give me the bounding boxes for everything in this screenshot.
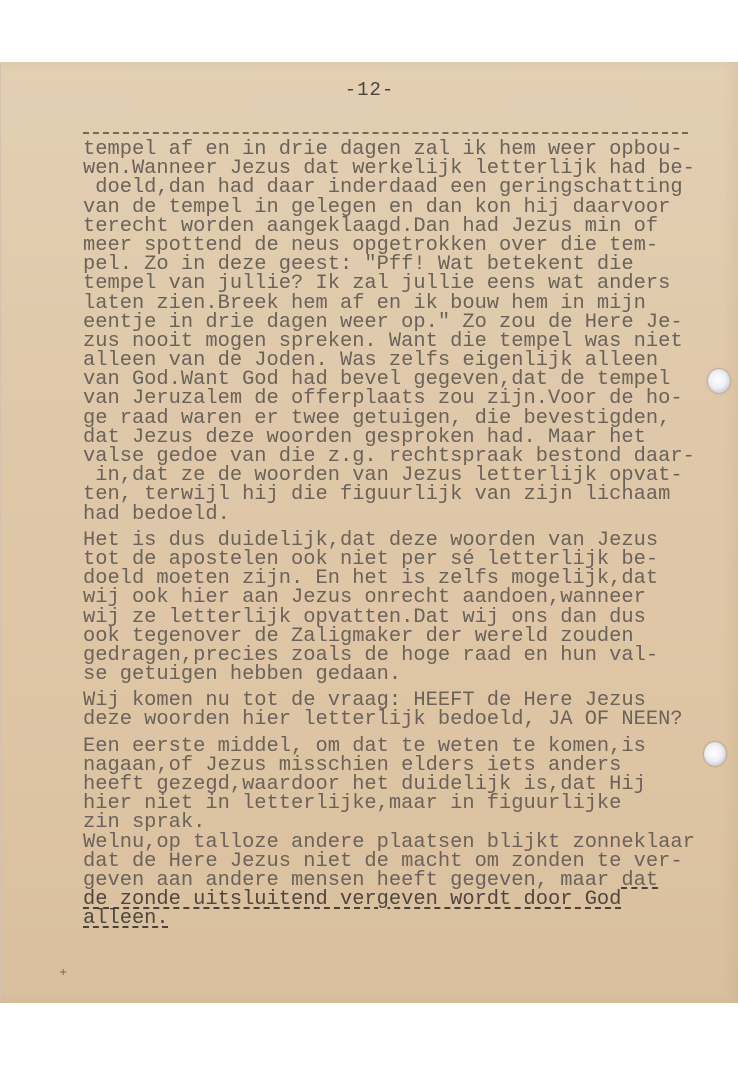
underlined-text: dat [621,869,658,892]
typewritten-body: tempel af en in drie dagen zal ik hem we… [83,140,693,936]
margin-mark: + [59,967,67,978]
header-rule [83,132,688,134]
text-line: deze woorden hier letterlijk bedoeld, JA… [83,710,693,729]
paragraph-5: Welnu,op talloze andere plaatsen blijkt … [83,833,693,929]
paragraph-question: Wij komen nu tot de vraag: HEEFT de Here… [83,691,693,729]
text-line: ook tegenover de Zaligmaker der wereld z… [83,627,693,646]
paragraph-1: tempel af en in drie dagen zal ik hem we… [83,140,693,524]
page-number: -12- [1,79,738,101]
punch-hole-icon [708,369,730,393]
text-line: Een eerste middel, om dat te weten te ko… [83,737,693,756]
text-line: doeld,dan had daar inderdaad een gerings… [83,178,693,197]
document-page: -12- tempel af en in drie dagen zal ik h… [0,62,738,1003]
text-line: eentje in drie dagen weer op." Zo zou de… [83,313,693,332]
text-line: wij ook hier aan Jezus onrecht aandoen,w… [83,588,693,607]
text-line: ten, terwijl hij die figuurlijk van zijn… [83,485,693,504]
paragraph-4: Een eerste middel, om dat te weten te ko… [83,737,693,833]
text-line: van de tempel in gelegen en dan kon hij … [83,198,693,217]
underlined-text: alleen. [83,907,169,930]
text-line: zin sprak. [83,813,693,832]
text-line-underlined: alleen. [83,909,693,928]
text-line-underlined: de zonde uitsluitend vergeven wordt door… [83,890,693,909]
paragraph-2: Het is dus duidelijk,dat deze woorden va… [83,531,693,685]
text-line: van Jeruzalem de offerplaats zou zijn.Vo… [83,389,693,408]
text-line: ge raad waren er twee getuigen, die beve… [83,409,693,428]
text-line: tempel van jullie? Ik zal jullie eens wa… [83,274,693,293]
text-line: Welnu,op talloze andere plaatsen blijkt … [83,833,693,852]
text-line: se getuigen hebben gedaan. [83,665,693,684]
text-line: laten zien.Breek hem af en ik bouw hem i… [83,294,693,313]
punch-hole-icon [704,742,726,766]
text-line: had bedoeld. [83,505,693,524]
text-line: wij ze letterlijk opvatten.Dat wij ons d… [83,608,693,627]
